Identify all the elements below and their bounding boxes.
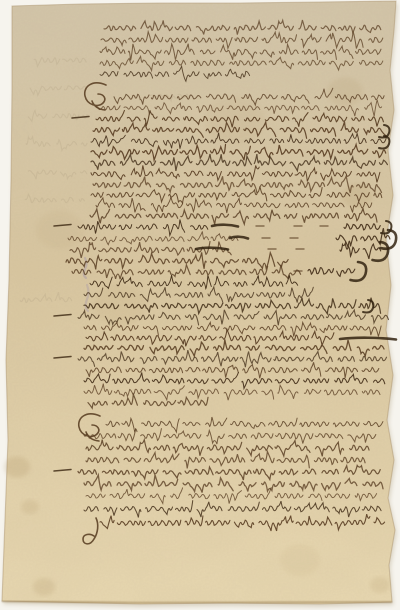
paper-stain: [21, 500, 39, 514]
paper-sheet: [2, 1, 398, 607]
paper-stain: [370, 577, 390, 593]
paper-stain: [327, 78, 363, 107]
paper-stain: [33, 578, 55, 596]
paper-stain: [4, 457, 30, 478]
paper-stain: [280, 544, 320, 576]
manuscript-photograph: Single aged paper leaf photographed on a…: [0, 0, 400, 610]
manuscript-scene: [0, 0, 400, 610]
paper-stain: [36, 211, 84, 249]
